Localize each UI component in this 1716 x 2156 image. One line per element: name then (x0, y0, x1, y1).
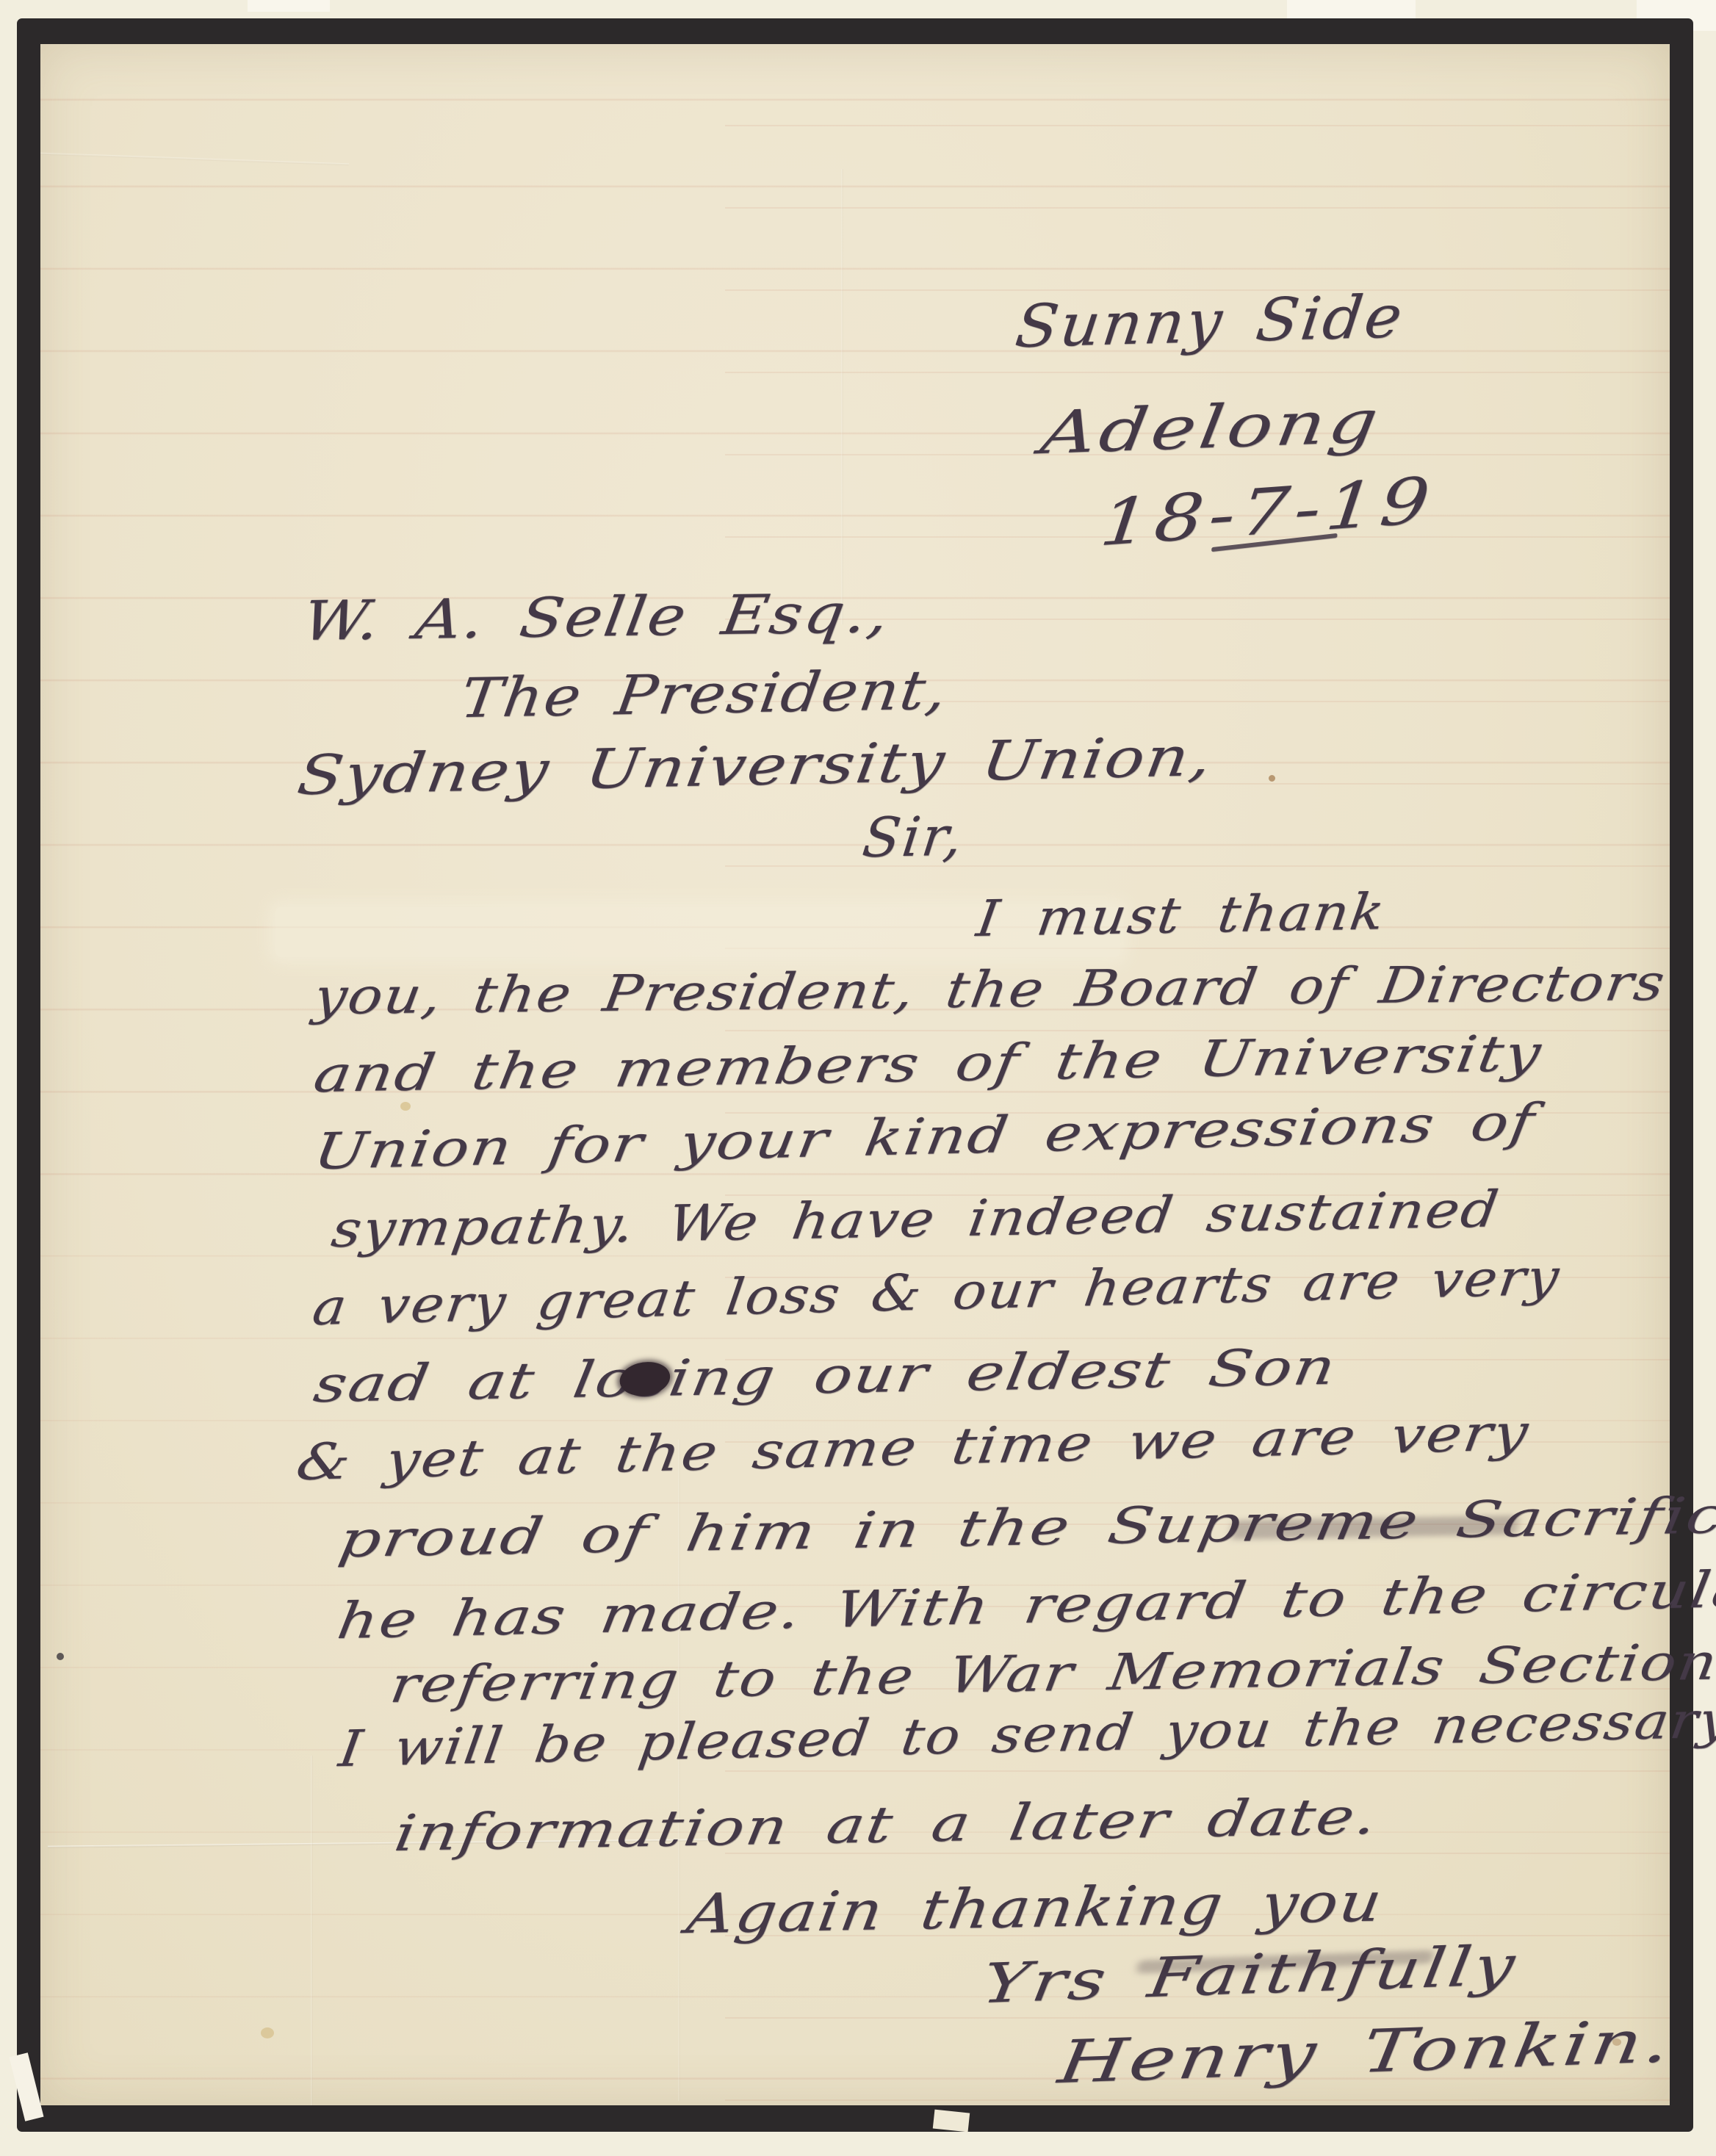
place-line: Sunny Side (1012, 287, 1407, 356)
scan-background: { "letter": { "heading": { "place": "Sun… (0, 0, 1716, 2156)
body-text-10: he has made. With regard to the circular (334, 1564, 1716, 1647)
town-text: Adelong (1037, 392, 1385, 464)
body-line-2: you, the President, the Board of Directo… (311, 959, 1669, 1023)
signature-text: Henry Tonkin. (1055, 2012, 1676, 2093)
body-text-7: sad at losing our eldest Son (311, 1343, 1341, 1410)
recipient-title-line: The President, (458, 663, 951, 726)
valediction-text: Yrs Faithfully (979, 1938, 1521, 2011)
closing-thanks-line: Again thanking you (684, 1875, 1387, 1942)
salutation-line: Sir, (859, 810, 967, 866)
body-text-4: Union for your kind expressions of (311, 1097, 1539, 1178)
recipient-title-text: The President, (458, 663, 951, 726)
recipient-name-line: W. A. Selle Esq., (299, 586, 893, 649)
salutation-text: Sir, (859, 810, 967, 866)
body-text-5: sympathy. We have indeed sustained (328, 1185, 1502, 1255)
town-line: Adelong (1037, 392, 1385, 464)
body-line-3: and the members of the University (311, 1029, 1546, 1100)
body-line-13: information at a later date. (392, 1792, 1382, 1860)
body-line-9: proud of him in the Supreme Sacrifice (335, 1490, 1716, 1565)
body-line-10: he has made. With regard to the circular (334, 1564, 1716, 1647)
recipient-org-text: Sydney University Union, (295, 729, 1217, 803)
body-text-3: and the members of the University (311, 1029, 1546, 1100)
body-text-2: you, the President, the Board of Directo… (311, 959, 1669, 1023)
handwriting-layer: Sunny Side Adelong 18-7-19 W. A. Selle E… (0, 0, 1716, 2156)
body-text-8: & yet at the same time we are very (293, 1408, 1532, 1488)
body-line-7: sad at losing our eldest Son (311, 1343, 1341, 1410)
body-line-6: a very great loss & our hearts are very (310, 1252, 1563, 1333)
recipient-org-line: Sydney University Union, (295, 729, 1217, 803)
body-text-1: I must thank (973, 887, 1388, 945)
body-line-1: I must thank (973, 887, 1388, 945)
body-text-6: a very great loss & our hearts are very (310, 1252, 1563, 1333)
place-text: Sunny Side (1012, 287, 1407, 356)
body-line-4: Union for your kind expressions of (311, 1097, 1539, 1178)
date-line: 18-7-19 (1097, 469, 1438, 556)
body-line-5: sympathy. We have indeed sustained (328, 1185, 1502, 1255)
signature-line: Henry Tonkin. (1055, 2012, 1676, 2093)
body-line-8: & yet at the same time we are very (293, 1408, 1532, 1488)
body-text-13: information at a later date. (392, 1792, 1382, 1860)
closing-thanks-text: Again thanking you (684, 1875, 1387, 1942)
valediction-line: Yrs Faithfully (979, 1938, 1521, 2011)
recipient-name-text: W. A. Selle Esq., (299, 586, 893, 649)
